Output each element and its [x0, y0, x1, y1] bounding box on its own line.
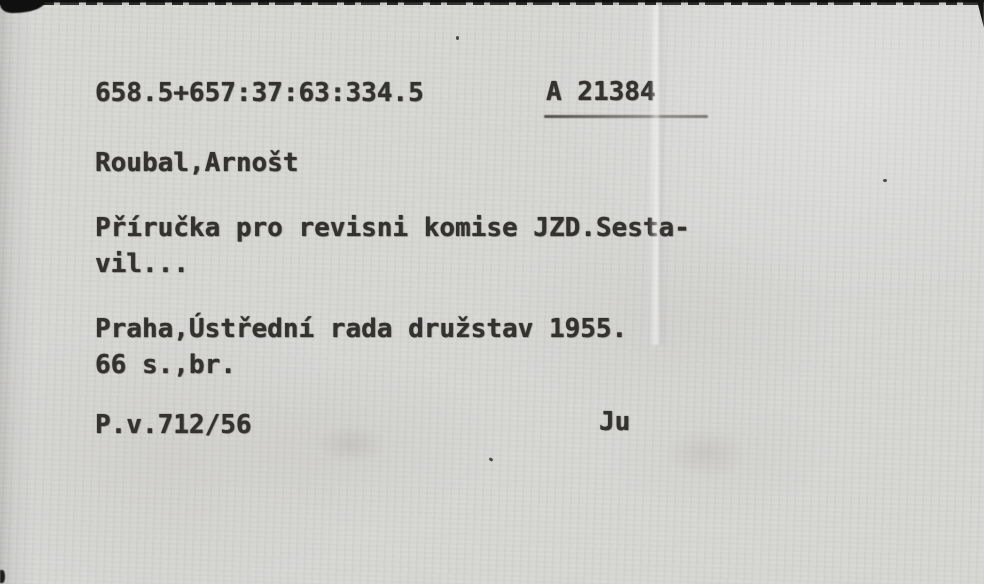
scan-top-edge	[0, 0, 984, 10]
ink-speck	[456, 36, 459, 40]
paper-smudge	[666, 428, 746, 478]
scan-mark-bottom-left	[0, 570, 5, 583]
imprint-line: Praha,Ústřední rada družstav 1955.	[95, 316, 627, 342]
cataloguer-initials: Ju	[599, 409, 630, 435]
author-line: Roubal,Arnošt	[95, 150, 299, 176]
title-line-1: Příručka pro revisni komise JZD.Sesta-	[95, 215, 690, 241]
classification-number: 658.5+657:37:63:334.5	[95, 80, 424, 106]
scan-corner-top-left	[0, 0, 46, 13]
paper-crease	[649, 0, 666, 345]
ink-speck	[489, 457, 494, 462]
collation-line: 66 s.,br.	[95, 352, 236, 378]
accession-underline	[544, 115, 708, 118]
title-line-2: vil...	[95, 251, 189, 277]
record-number: P.v.712/56	[95, 412, 252, 438]
accession-number: A 21384	[546, 79, 656, 105]
ink-speck	[883, 179, 887, 182]
catalog-card: 658.5+657:37:63:334.5 A 21384 Roubal,Arn…	[0, 0, 984, 584]
paper-smudge	[316, 424, 386, 464]
